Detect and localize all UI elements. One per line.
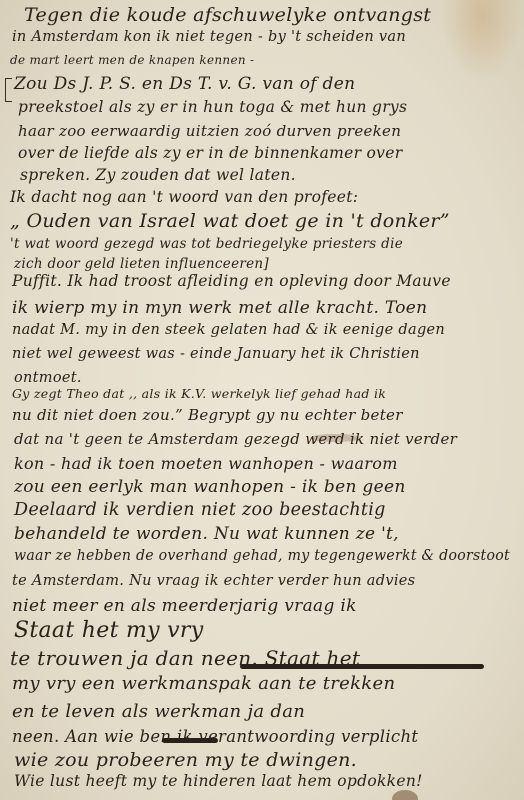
text-line: spreken. Zy zouden dat wel laten. (20, 166, 296, 184)
text-line: kon - had ik toen moeten wanhopen - waar… (14, 454, 398, 473)
text-line: niet wel geweest was - einde January het… (12, 346, 420, 362)
text-line: de mart leert men de knapen kennen - (10, 53, 254, 67)
text-line: preekstoel als zy er in hun toga & met h… (18, 98, 407, 116)
text-line: Staat het my vry (14, 618, 203, 643)
text-line: haar zoo eerwaardig uitzien zoó durven p… (18, 122, 401, 140)
text-line: zou een eerlyk man wanhopen - ik ben gee… (14, 477, 406, 497)
text-line: neen. Aan wie ben ik verantwoording verp… (12, 727, 418, 746)
text-line: wie zou probeeren my te dwingen. (14, 749, 357, 771)
bracket-mark (5, 78, 12, 102)
text-line: waar ze hebben de overhand gehad, my teg… (14, 548, 510, 564)
text-line: te Amsterdam. Nu vraag ik echter verder … (12, 573, 415, 589)
text-line: Gy zegt Theo dat ,, als ik K.V. werkelyk… (12, 386, 386, 401)
strikethrough-mark (240, 664, 484, 669)
strikethrough-mark (162, 738, 218, 743)
text-line: in Amsterdam kon ik niet tegen - by 't s… (12, 29, 406, 45)
text-line: Ik dacht nog aan 't woord van den profee… (10, 188, 358, 206)
text-line: dat na 't geen te Amsterdam gezegd werd … (14, 430, 457, 448)
text-line: niet meer en als meerderjarig vraag ik (12, 596, 357, 616)
text-line: nu dit niet doen zou.” Begrypt gy nu ech… (12, 406, 403, 424)
text-line: behandeld te worden. Nu wat kunnen ze 't… (14, 524, 399, 544)
text-line: nadat M. my in den steek gelaten had & i… (12, 322, 445, 338)
ink-stain (392, 790, 418, 800)
text-line: Deelaard ik verdien niet zoo beestachtig (14, 500, 386, 520)
text-line: Zou Ds J. P. S. en Ds T. v. G. van of de… (14, 74, 355, 94)
text-line: Tegen die koude afschuwelyke ontvangst (24, 4, 431, 26)
text-line: over de liefde als zy er in de binnenkam… (18, 144, 402, 162)
text-line: en te leven als werkman ja dan (12, 701, 305, 722)
text-line: ontmoet. (14, 370, 82, 386)
text-line: „ Ouden van Israel wat doet ge in 't don… (10, 210, 450, 232)
text-line: ik wierp my in myn werk met alle kracht.… (12, 298, 427, 318)
text-line: Wie lust heeft my te hinderen laat hem o… (14, 772, 423, 790)
text-line: zich door geld lieten influenceeren] (14, 256, 269, 272)
manuscript-page: Tegen die koude afschuwelyke ontvangstin… (0, 0, 524, 800)
text-line: my vry een werkmanspak aan te trekken (12, 673, 395, 694)
text-line: 't wat woord gezegd was tot bedriegelyke… (10, 236, 403, 252)
text-line: Puffit. Ik had troost afleiding en oplev… (12, 272, 451, 290)
